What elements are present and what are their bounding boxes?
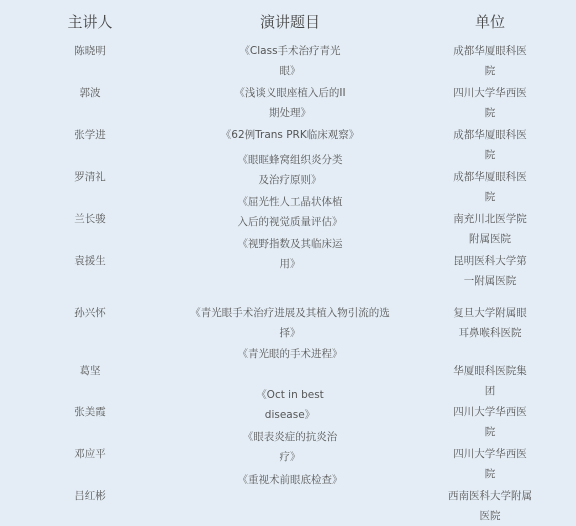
speaker-unit: 昆明医科大学第一附属医院 [420, 251, 560, 291]
speaker-unit: 四川大学华西医院 [420, 444, 560, 484]
speaker-name: 吕红彬 [40, 486, 140, 506]
speaker-unit: 四川大学华西医院 [420, 402, 560, 442]
speaker-unit: 西南医科大学附属医院 [420, 486, 560, 526]
talk-title: 《62例Trans PRK临床观察》 [190, 125, 390, 145]
speaker-unit: 南充川北医学院附属医院 [420, 209, 560, 249]
speaker-unit: 华厦眼科医院集团 [420, 361, 560, 401]
speaker-name: 葛坚 [40, 361, 140, 381]
speaker-name: 兰长骏 [40, 209, 140, 229]
speaker-unit: 成都华厦眼科医院 [420, 167, 560, 207]
speaker-name: 郭波 [40, 83, 140, 103]
speaker-name: 张学进 [40, 125, 140, 145]
talk-title: 《浅谈义眼座植入后的II期处理》 [190, 83, 390, 123]
talk-title: 《Oct in bestdisease》 [190, 385, 390, 425]
talk-title: 《重视术前眼底检查》 [190, 470, 390, 490]
talk-title: 《青光眼手术治疗进展及其植入物引流的选择》 [190, 303, 390, 343]
header-speaker: 主讲人 [40, 11, 140, 32]
speaker-name: 张美霞 [40, 402, 140, 422]
talk-title: 《青光眼的手术进程》 [190, 344, 390, 364]
speaker-unit: 四川大学华西医院 [420, 83, 560, 123]
speaker-unit: 成都华厦眼科医院 [420, 41, 560, 81]
header-unit: 单位 [420, 11, 560, 32]
talk-title: 《视野指数及其临床运用》 [190, 234, 390, 274]
speaker-name: 陈晓明 [40, 41, 140, 61]
speaker-name: 邓应平 [40, 444, 140, 464]
speaker-table: 主讲人 演讲题目 单位 陈晓明 《Class手术治疗青光眼》 成都华厦眼科医院 … [0, 0, 576, 526]
talk-title: 《眼表炎症的抗炎治疗》 [190, 427, 390, 467]
talk-title: 《眼眶蜂窝组织炎分类及治疗原则》 [190, 150, 390, 190]
speaker-name: 袁援生 [40, 251, 140, 271]
speaker-unit: 复旦大学附属眼耳鼻喉科医院 [420, 303, 560, 343]
speaker-unit: 成都华厦眼科医院 [420, 125, 560, 165]
talk-title: 《Class手术治疗青光眼》 [190, 41, 390, 81]
header-title: 演讲题目 [190, 11, 390, 32]
speaker-name: 孙兴怀 [40, 303, 140, 323]
speaker-name: 罗清礼 [40, 167, 140, 187]
talk-title: 《屈光性人工晶状体植入后的视觉质量评估》 [190, 192, 390, 232]
